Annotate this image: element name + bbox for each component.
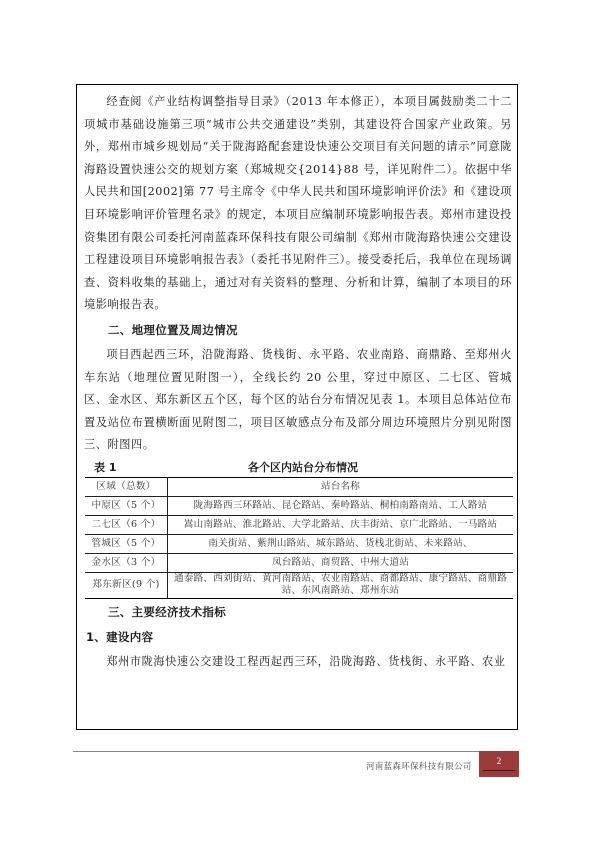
paragraph-construction: 郑州市陇海快速公交建设工程西起西三环，沿陇海路、货栈街、永平路、农业 — [84, 651, 512, 674]
footer-divider — [73, 751, 481, 752]
row-area: 二七区（6 个） — [85, 515, 168, 534]
table-header-row: 区域（总数） 站台名称 — [85, 477, 513, 496]
content-frame: 经查阅《产业结构调整指导目录》（2013 年本修正），本项目属鼓励类二十二项城市… — [76, 84, 518, 730]
section-heading-location: 二、地理位置及周边情况 — [84, 319, 512, 342]
page-content: 经查阅《产业结构调整指导目录》（2013 年本修正），本项目属鼓励类二十二项城市… — [84, 91, 512, 674]
table-row: 金水区（3 个） 凤台路站、商贸路、中州大道站 — [85, 553, 513, 572]
table-number: 表 1 — [84, 459, 164, 477]
row-stations: 陇海路西三环路站、昆仑路站、秦岭路站、桐柏南路南站、工人路站 — [168, 496, 514, 515]
row-area: 郑东新区(9 个) — [85, 572, 168, 598]
stations-table: 区域（总数） 站台名称 中原区（5 个） 陇海路西三环路站、昆仑路站、秦岭路站、… — [85, 477, 513, 599]
row-stations: 通泰路、西刘街站、黄河南路站、农业南路站、商都路站、康宁路站、商鼎路站、东风南路… — [168, 572, 514, 598]
page-number: 2 — [479, 756, 519, 766]
paragraph-industrial-policy: 经查阅《产业结构调整指导目录》（2013 年本修正），本项目属鼓励类二十二项城市… — [84, 91, 512, 317]
row-area: 管城区（5 个） — [85, 534, 168, 553]
row-stations: 凤台路站、商贸路、中州大道站 — [168, 553, 514, 572]
table-row: 中原区（5 个） 陇海路西三环路站、昆仑路站、秦岭路站、桐柏南路南站、工人路站 — [85, 496, 513, 515]
table-row: 管城区（5 个） 南关街站、紫荆山路站、城东路站、货栈北街站、未来路站、 — [85, 534, 513, 553]
table-row: 郑东新区(9 个) 通泰路、西刘街站、黄河南路站、农业南路站、商都路站、康宁路站… — [85, 572, 513, 598]
row-area: 金水区（3 个） — [85, 553, 168, 572]
header-stations: 站台名称 — [168, 477, 514, 496]
row-stations: 南关街站、紫荆山路站、城东路站、货栈北街站、未来路站、 — [168, 534, 514, 553]
header-area: 区域（总数） — [85, 477, 168, 496]
row-area: 中原区（5 个） — [85, 496, 168, 515]
page-number-underline — [483, 770, 515, 771]
footer-company-name: 河南蓝森环保科技有限公司 — [366, 760, 472, 772]
page-number-badge: 2 — [479, 751, 519, 777]
table-caption: 表 1 各个区内站台分布情况 — [84, 459, 512, 477]
subsection-heading-construction: 1、建设内容 — [84, 626, 512, 649]
paragraph-location: 项目西起西三环，沿陇海路、货栈街、永平路、农业南路、商鼎路、至郑州火车东站（地理… — [84, 344, 512, 457]
section-heading-indicators: 三、主要经济技术指标 — [84, 601, 512, 624]
table-title: 各个区内站台分布情况 — [164, 459, 512, 477]
table-row: 二七区（6 个） 嵩山南路站、淮北路站、大学北路站、庆丰街站、京广北路站、一马路… — [85, 515, 513, 534]
row-stations: 嵩山南路站、淮北路站、大学北路站、庆丰街站、京广北路站、一马路站 — [168, 515, 514, 534]
